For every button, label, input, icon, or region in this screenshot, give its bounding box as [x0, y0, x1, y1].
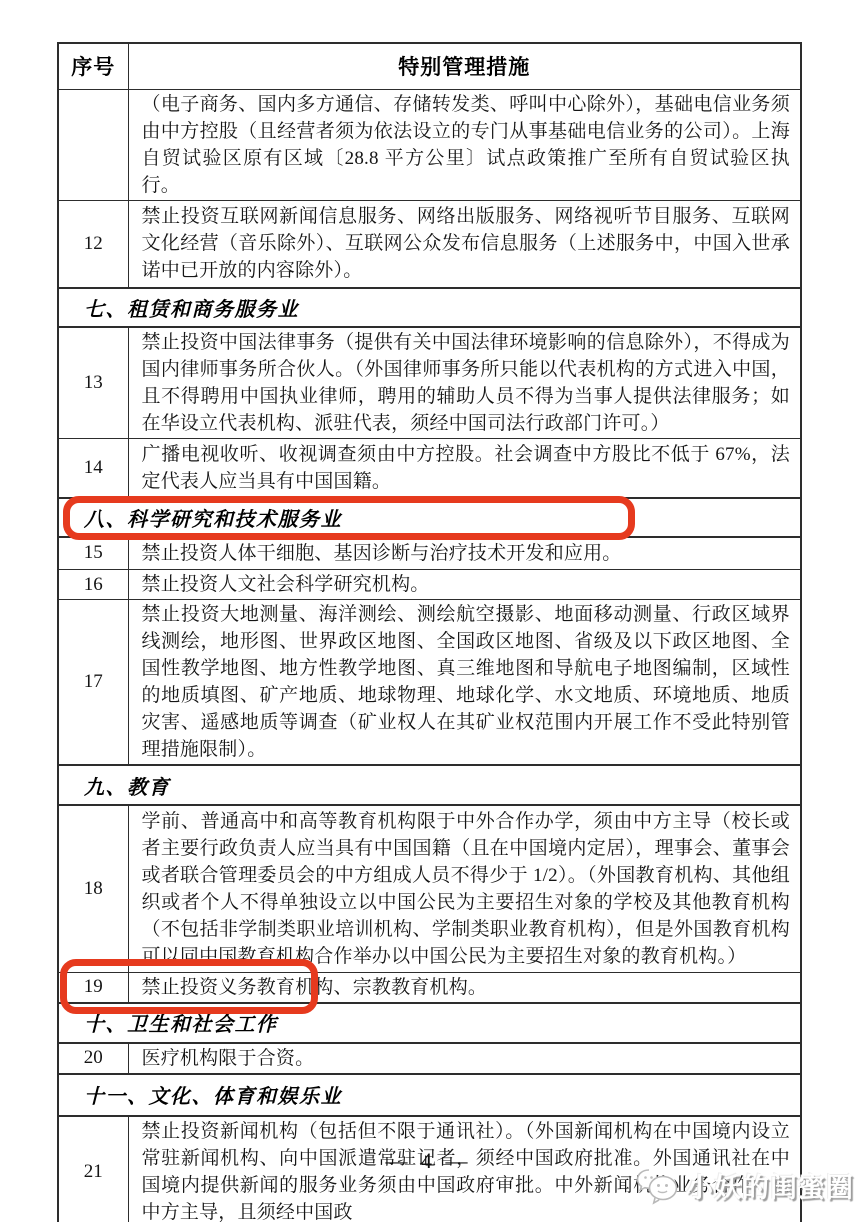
column-header-measures: 特别管理措施 — [128, 43, 801, 89]
table-row-14: 14 广播电视收听、收视调查须由中方控股。社会调查中方股比不低于 67%，法定代… — [58, 439, 801, 498]
section-row-7: 七、租赁和商务服务业 — [58, 288, 801, 327]
measure-text-cell: （电子商务、国内多方通信、存储转发类、呼叫中心除外），基础电信业务须由中方控股（… — [128, 89, 801, 200]
watermark: 小妖的闺蜜圈 — [635, 1166, 854, 1205]
row-number-cell — [58, 89, 128, 200]
row-number-cell: 13 — [58, 327, 128, 439]
table-row-13: 13 禁止投资中国法律事务（提供有关中国法律环境影响的信息除外），不得成为国内律… — [58, 327, 801, 439]
section-title: 十一、文化、体育和娱乐业 — [58, 1074, 801, 1116]
section-title: 七、租赁和商务服务业 — [58, 288, 801, 327]
table-row-20: 20 医疗机构限于合资。 — [58, 1043, 801, 1074]
table-row-12: 12 禁止投资互联网新闻信息服务、网络出版服务、网络视听节目服务、互联网文化经营… — [58, 200, 801, 288]
wechat-bubbles-icon — [635, 1167, 681, 1205]
row-number-cell: 17 — [58, 600, 128, 766]
measure-text-cell: 禁止投资人体干细胞、基因诊断与治疗技术开发和应用。 — [128, 537, 801, 570]
row-number-cell: 18 — [58, 805, 128, 972]
highlight-box-row-20 — [60, 959, 318, 1014]
measure-text-cell: 禁止投资互联网新闻信息服务、网络出版服务、网络视听节目服务、互联网文化经营（音乐… — [128, 200, 801, 288]
table-header-row: 序号 特别管理措施 — [58, 43, 801, 89]
measures-table: 序号 特别管理措施 （电子商务、国内多方通信、存储转发类、呼叫中心除外），基础电… — [57, 42, 802, 1222]
row-number-cell: 14 — [58, 439, 128, 498]
measure-text-cell: 广播电视收听、收视调查须由中方控股。社会调查中方股比不低于 67%，法定代表人应… — [128, 439, 801, 498]
row-number-cell: 15 — [58, 537, 128, 570]
watermark-label: 小妖的闺蜜圈 — [686, 1166, 854, 1205]
section-title: 九、教育 — [58, 765, 801, 805]
table-row-16: 16 禁止投资人文社会科学研究机构。 — [58, 570, 801, 600]
measure-text-cell: 禁止投资大地测量、海洋测绘、测绘航空摄影、地面移动测量、行政区域界线测绘，地形图… — [128, 600, 801, 766]
highlight-box-row-15 — [63, 496, 635, 540]
section-row-9: 九、教育 — [58, 765, 801, 805]
document-page: 序号 特别管理措施 （电子商务、国内多方通信、存储转发类、呼叫中心除外），基础电… — [0, 0, 856, 1222]
table-row-11-continuation: （电子商务、国内多方通信、存储转发类、呼叫中心除外），基础电信业务须由中方控股（… — [58, 89, 801, 200]
row-number-cell: 16 — [58, 570, 128, 600]
measure-text-cell: 学前、普通高中和高等教育机构限于中外合作办学，须由中方主导（校长或者主要行政负责… — [128, 805, 801, 972]
column-header-number: 序号 — [58, 43, 128, 89]
row-number-cell: 12 — [58, 200, 128, 288]
table-row-18: 18 学前、普通高中和高等教育机构限于中外合作办学，须由中方主导（校长或者主要行… — [58, 805, 801, 972]
section-row-11: 十一、文化、体育和娱乐业 — [58, 1074, 801, 1116]
table-row-17: 17 禁止投资大地测量、海洋测绘、测绘航空摄影、地面移动测量、行政区域界线测绘，… — [58, 600, 801, 766]
row-number-cell: 20 — [58, 1043, 128, 1074]
measure-text-cell: 禁止投资人文社会科学研究机构。 — [128, 570, 801, 600]
measure-text-cell: 禁止投资中国法律事务（提供有关中国法律环境影响的信息除外），不得成为国内律师事务… — [128, 327, 801, 439]
measure-text-cell: 医疗机构限于合资。 — [128, 1043, 801, 1074]
table-row-15: 15 禁止投资人体干细胞、基因诊断与治疗技术开发和应用。 — [58, 537, 801, 570]
